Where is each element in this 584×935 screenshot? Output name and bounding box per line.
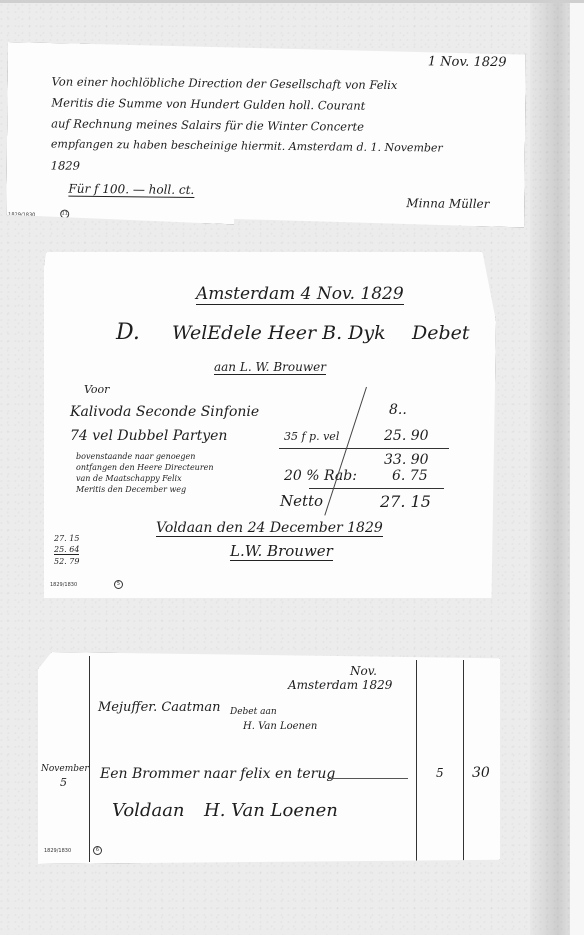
slip2-column-slash (324, 387, 367, 516)
slip1-date: 1 Nov. 1829 (428, 54, 507, 70)
slip2-debtor: WelEdele Heer B. Dyk (172, 322, 386, 344)
bill-slip-van-loenen: Nov. Amsterdam 1829 Mejuffer. Caatman De… (38, 652, 500, 864)
slip2-net-rule (309, 488, 444, 489)
slip3-addressee: Mejuffer. Caatman (98, 700, 220, 715)
receipt-slip-german: 1 Nov. 1829 Von einer hochlöbliche Direc… (6, 42, 526, 227)
slip2-paid-line: Voldaan den 24 December 1829 (156, 520, 383, 537)
slip3-from-label: Debet aan (230, 707, 277, 717)
slip3-signature: H. Van Loenen (204, 800, 338, 821)
slip2-debet-label: Debet (412, 322, 470, 344)
slip1-line-1: Von einer hochlöbliche Direction der Ges… (52, 74, 398, 92)
slip3-paid-line: Voldaan (112, 800, 185, 821)
slip2-subtotal: 33. 90 (384, 452, 429, 468)
page-right-edge (570, 3, 584, 935)
slip2-subtotal-rule (279, 448, 449, 449)
slip3-cents: 30 (472, 765, 490, 781)
slip2-discount-label: 20 % Rab: (284, 468, 357, 484)
slip2-discount-amount: 6. 75 (392, 468, 428, 484)
slip2-margin-sum-1: 27. 15 (54, 534, 79, 543)
slip2-note-2: ontfangen den Heere Directeuren (76, 463, 214, 472)
slip2-margin-sum-total: 52. 79 (54, 557, 79, 566)
slip2-item-2-rate: 35 f p. vel (284, 430, 339, 443)
slip2-net-label: Netto (280, 492, 323, 510)
slip2-note-4: Meritis den December weg (76, 485, 186, 494)
slip1-amount: Für f 100. — holl. ct. (68, 182, 194, 198)
slip3-guilders-column-rule (416, 660, 417, 862)
binding-shadow (530, 3, 570, 935)
slip3-fill-rule (328, 778, 408, 779)
slip2-item-2-amount: 25. 90 (384, 428, 429, 444)
slip1-line-3: auf Rechnung meines Salairs für die Wint… (51, 116, 364, 133)
slip2-signature: L.W. Brouwer (230, 542, 333, 561)
slip2-item-1-amount: 8.. (389, 402, 407, 418)
slip1-signature: Minna Müller (406, 196, 489, 211)
slip3-line-item: Een Brommer naar felix en terug (100, 766, 335, 782)
slip2-item-mark: 5 (114, 580, 123, 589)
invoice-slip-dutch: Amsterdam 4 Nov. 1829 D. WelEdele Heer B… (44, 252, 496, 598)
slip2-note-1: bovenstaande naar genoegen (76, 452, 195, 461)
slip2-voor-label: Voor (84, 383, 109, 396)
slip2-margin-sum-2: 25. 64 (54, 545, 79, 555)
slip1-line-2: Meritis die Summe von Hundert Gulden hol… (51, 95, 365, 112)
slip3-date-col-month: November (41, 764, 89, 774)
slip2-creditor: aan L. W. Brouwer (214, 360, 326, 375)
slip2-debtor-prefix: D. (116, 320, 140, 345)
slip3-date: Amsterdam 1829 (288, 678, 392, 692)
slip2-note-3: van de Maatschappy Felix (76, 474, 182, 483)
slip3-date-month: Nov. (350, 664, 377, 678)
slip3-date-col-day: 5 (60, 776, 67, 789)
slip3-date-column-rule (89, 656, 90, 862)
slip3-from-name: H. Van Loenen (243, 721, 317, 732)
slip2-net-amount: 27. 15 (380, 492, 431, 511)
slip3-archive-ref: 1829/1830 (44, 848, 71, 854)
slip2-item-2-desc: 74 vel Dubbel Partyen (70, 428, 227, 444)
slip3-guilders: 5 (436, 766, 444, 780)
slip2-date: Amsterdam 4 Nov. 1829 (196, 284, 404, 305)
slip3-item-mark: 6 (93, 846, 102, 855)
slip3-cents-column-rule (463, 660, 464, 862)
slip2-item-1-desc: Kalivoda Seconde Sinfonie (70, 404, 259, 420)
slip2-archive-ref: 1829/1830 (50, 582, 77, 588)
slip1-line-5: 1829 (51, 158, 80, 172)
slip1-line-4: empfangen zu haben bescheinige hiermit. … (51, 137, 443, 154)
